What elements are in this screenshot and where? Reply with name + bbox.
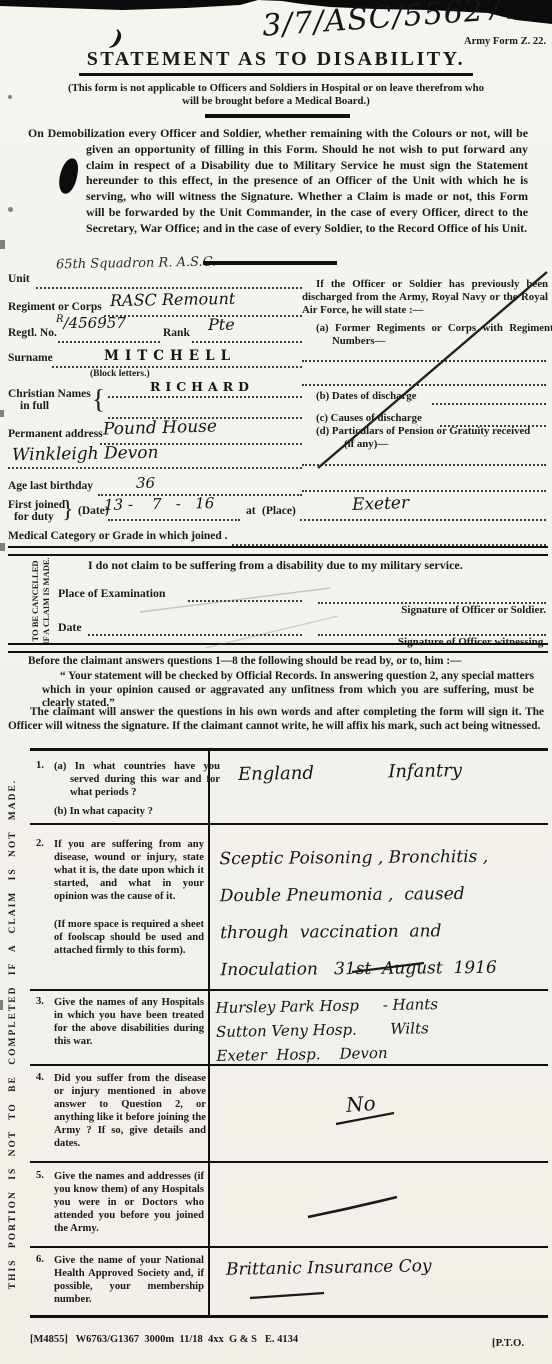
surname-value-handwriting: MITCHELL <box>104 348 236 364</box>
place-value-handwriting: Exeter <box>352 493 410 515</box>
answer-3-handwriting: Hursley Park Hosp - Hants Sutton Veny Ho… <box>215 992 439 1068</box>
sig-witness-dotted <box>318 622 546 636</box>
question-2-part-b: (If more space is required a sheet of fo… <box>54 918 204 957</box>
declaration-side-note: TO BE CANCELLED IF A CLAIM IS MADE. <box>30 554 52 648</box>
discharge-item-b: (b) Dates of discharge <box>316 390 416 402</box>
question-5-number: 5. <box>36 1170 44 1181</box>
surname-label: Surname <box>8 352 53 364</box>
scan-speck <box>0 410 4 417</box>
declaration-statement: I do not claim to be suffering from a di… <box>88 558 528 573</box>
question-3-text: Give the names of any Hospitals in which… <box>54 996 204 1048</box>
center-divider-rule <box>205 114 350 118</box>
regtl-no-label: Regtl. No. <box>8 327 57 339</box>
first-joined-label-1: First joined <box>8 499 65 511</box>
short-bold-rule <box>203 261 337 265</box>
medical-dotted-line <box>232 532 546 546</box>
place-dotted-line <box>300 507 546 521</box>
age-label: Age last birthday <box>8 480 93 492</box>
answer-2-handwriting: Sceptic Poisoning , Bronchitis , Double … <box>219 839 497 989</box>
block-letters-note: (Block letters.) <box>90 369 150 379</box>
read-aloud-line: Before the claimant answers questions 1—… <box>28 655 548 667</box>
scan-speck <box>0 1000 3 1010</box>
answer-1-handwriting: England Infantry <box>238 760 462 785</box>
pto-label: [P.T.O. <box>492 1337 524 1349</box>
regiment-value-handwriting: RASC Remount <box>110 289 236 310</box>
answer-6-handwriting: Brittanic Insurance Coy <box>226 1256 432 1280</box>
question-2-part-a: If you are suffering from any disease, w… <box>54 838 204 903</box>
discharge-item-a: (a) Former Regiments or Corps with Regim… <box>316 322 552 348</box>
question-1-part-b: (b) In what capacity ? <box>54 806 220 817</box>
declaration-side-note-line2: IF A CLAIM IS MADE. <box>41 554 52 648</box>
opening-brace: { <box>92 384 105 415</box>
scan-speck <box>0 543 5 551</box>
christian-names-label-2: in full <box>20 400 49 412</box>
regtl-no-prefix: R <box>56 314 64 325</box>
question-2-number: 2. <box>36 838 44 849</box>
declaration-side-note-line1: TO BE CANCELLED <box>30 554 41 648</box>
question-3-number: 3. <box>36 996 44 1007</box>
scan-speck <box>8 95 12 99</box>
table-top-rule <box>30 748 548 751</box>
sig-officer-dotted <box>318 590 546 604</box>
place-exam-label: Place of Examination <box>58 586 165 601</box>
age-value-handwriting: 36 <box>136 474 155 492</box>
scan-speck <box>8 207 13 212</box>
exam-date-label: Date <box>58 620 82 635</box>
row-rule-5 <box>30 1246 548 1248</box>
address-label: Permanent address <box>8 428 103 440</box>
row-rule-4 <box>30 1161 548 1163</box>
unit-dotted-line <box>36 276 302 289</box>
rank-value-handwriting: Pte <box>208 315 235 334</box>
question-5-text: Give the names and addresses (if you kno… <box>54 1170 204 1235</box>
address-value-1-handwriting: Pound House <box>103 417 217 440</box>
row-rule-1 <box>30 823 548 825</box>
question-6-text: Give the name of your National Health Ap… <box>54 1254 204 1306</box>
answer-5-dash-stroke <box>308 1197 397 1217</box>
question-1-part-a: (a) In what countries have you served du… <box>54 760 220 799</box>
declaration-bottom-rule <box>8 643 548 653</box>
discharge-intro: If the Officer or Soldier has previously… <box>302 278 548 317</box>
page-title: STATEMENT AS TO DISABILITY. <box>79 48 473 76</box>
date-value-handwriting: 13 - 7 - 16 <box>104 494 215 514</box>
exam-date-dotted <box>88 622 302 636</box>
scanned-form-page: 3/7/ASC/55627. ) Army Form Z. 22. STATEM… <box>0 0 552 1364</box>
discharge-item-c: (c) Causes of discharge <box>316 412 422 424</box>
christian-names-label-1: Christian Names <box>8 388 91 400</box>
unit-label: Unit <box>8 273 30 285</box>
question-6-number: 6. <box>36 1254 44 1265</box>
discharge-item-d: (d) Particulars of Pension or Gratuity r… <box>316 425 548 438</box>
answer-6-underline-stroke <box>250 1293 324 1298</box>
sig-officer-label: Signature of Officer or Soldier. <box>330 604 546 616</box>
table-bottom-rule <box>30 1315 548 1318</box>
page-title-wrap: STATEMENT AS TO DISABILITY. <box>0 48 552 76</box>
quote-paragraph: “ Your statement will be checked by Offi… <box>42 670 534 711</box>
place-exam-dotted <box>188 588 302 602</box>
imprint-line: [M4855] W6763/G1367 3000m 11/18 4xx G & … <box>30 1334 298 1345</box>
scan-speck <box>0 240 5 249</box>
christian-value-handwriting: RICHARD <box>150 379 254 394</box>
address-value-2-handwriting: Winkleigh Devon <box>12 443 159 466</box>
discharge-dotted-4 <box>302 478 546 492</box>
regtl-no-value-handwriting: R/456957 <box>56 314 126 332</box>
question-4-number: 4. <box>36 1072 44 1083</box>
answer-4-handwriting: No <box>345 1091 376 1117</box>
unit-value-handwriting: 65th Squadron R. A.S.C. <box>56 255 217 273</box>
closing-brace: } <box>62 497 74 524</box>
discharge-item-d-cont: (if any)— <box>344 438 388 450</box>
medical-category-label: Medical Category or Grade in which joine… <box>8 530 228 542</box>
declaration-top-rule <box>8 546 548 556</box>
first-joined-label-2: for duty <box>14 511 54 523</box>
claimant-paragraph: The claimant will answer the questions i… <box>8 706 544 733</box>
discharge-dotted-3 <box>302 452 546 466</box>
discharge-dotted-2 <box>302 372 546 386</box>
place-label: (Place) <box>262 505 296 517</box>
army-form-label: Army Form Z. 22. <box>400 36 546 47</box>
regtl-no-digits: /456957 <box>64 314 126 332</box>
table-side-note: THIS PORTION IS NOT TO BE COMPLETED IF A… <box>8 754 18 1314</box>
regiment-label: Regiment or Corps <box>8 301 102 313</box>
rank-label: Rank <box>163 327 190 339</box>
table-column-divider <box>208 751 210 1315</box>
at-label: at <box>246 505 256 517</box>
discharge-item-b-dots <box>432 392 546 405</box>
applicability-note: (This form is not applicable to Officers… <box>61 82 491 108</box>
discharge-dotted-1 <box>302 348 546 362</box>
row-rule-2 <box>30 989 548 991</box>
question-4-text: Did you suffer from the disease or injur… <box>54 1072 206 1150</box>
question-1-number: 1. <box>36 760 44 771</box>
intro-paragraph: On Demobilization every Officer and Sold… <box>28 126 528 237</box>
